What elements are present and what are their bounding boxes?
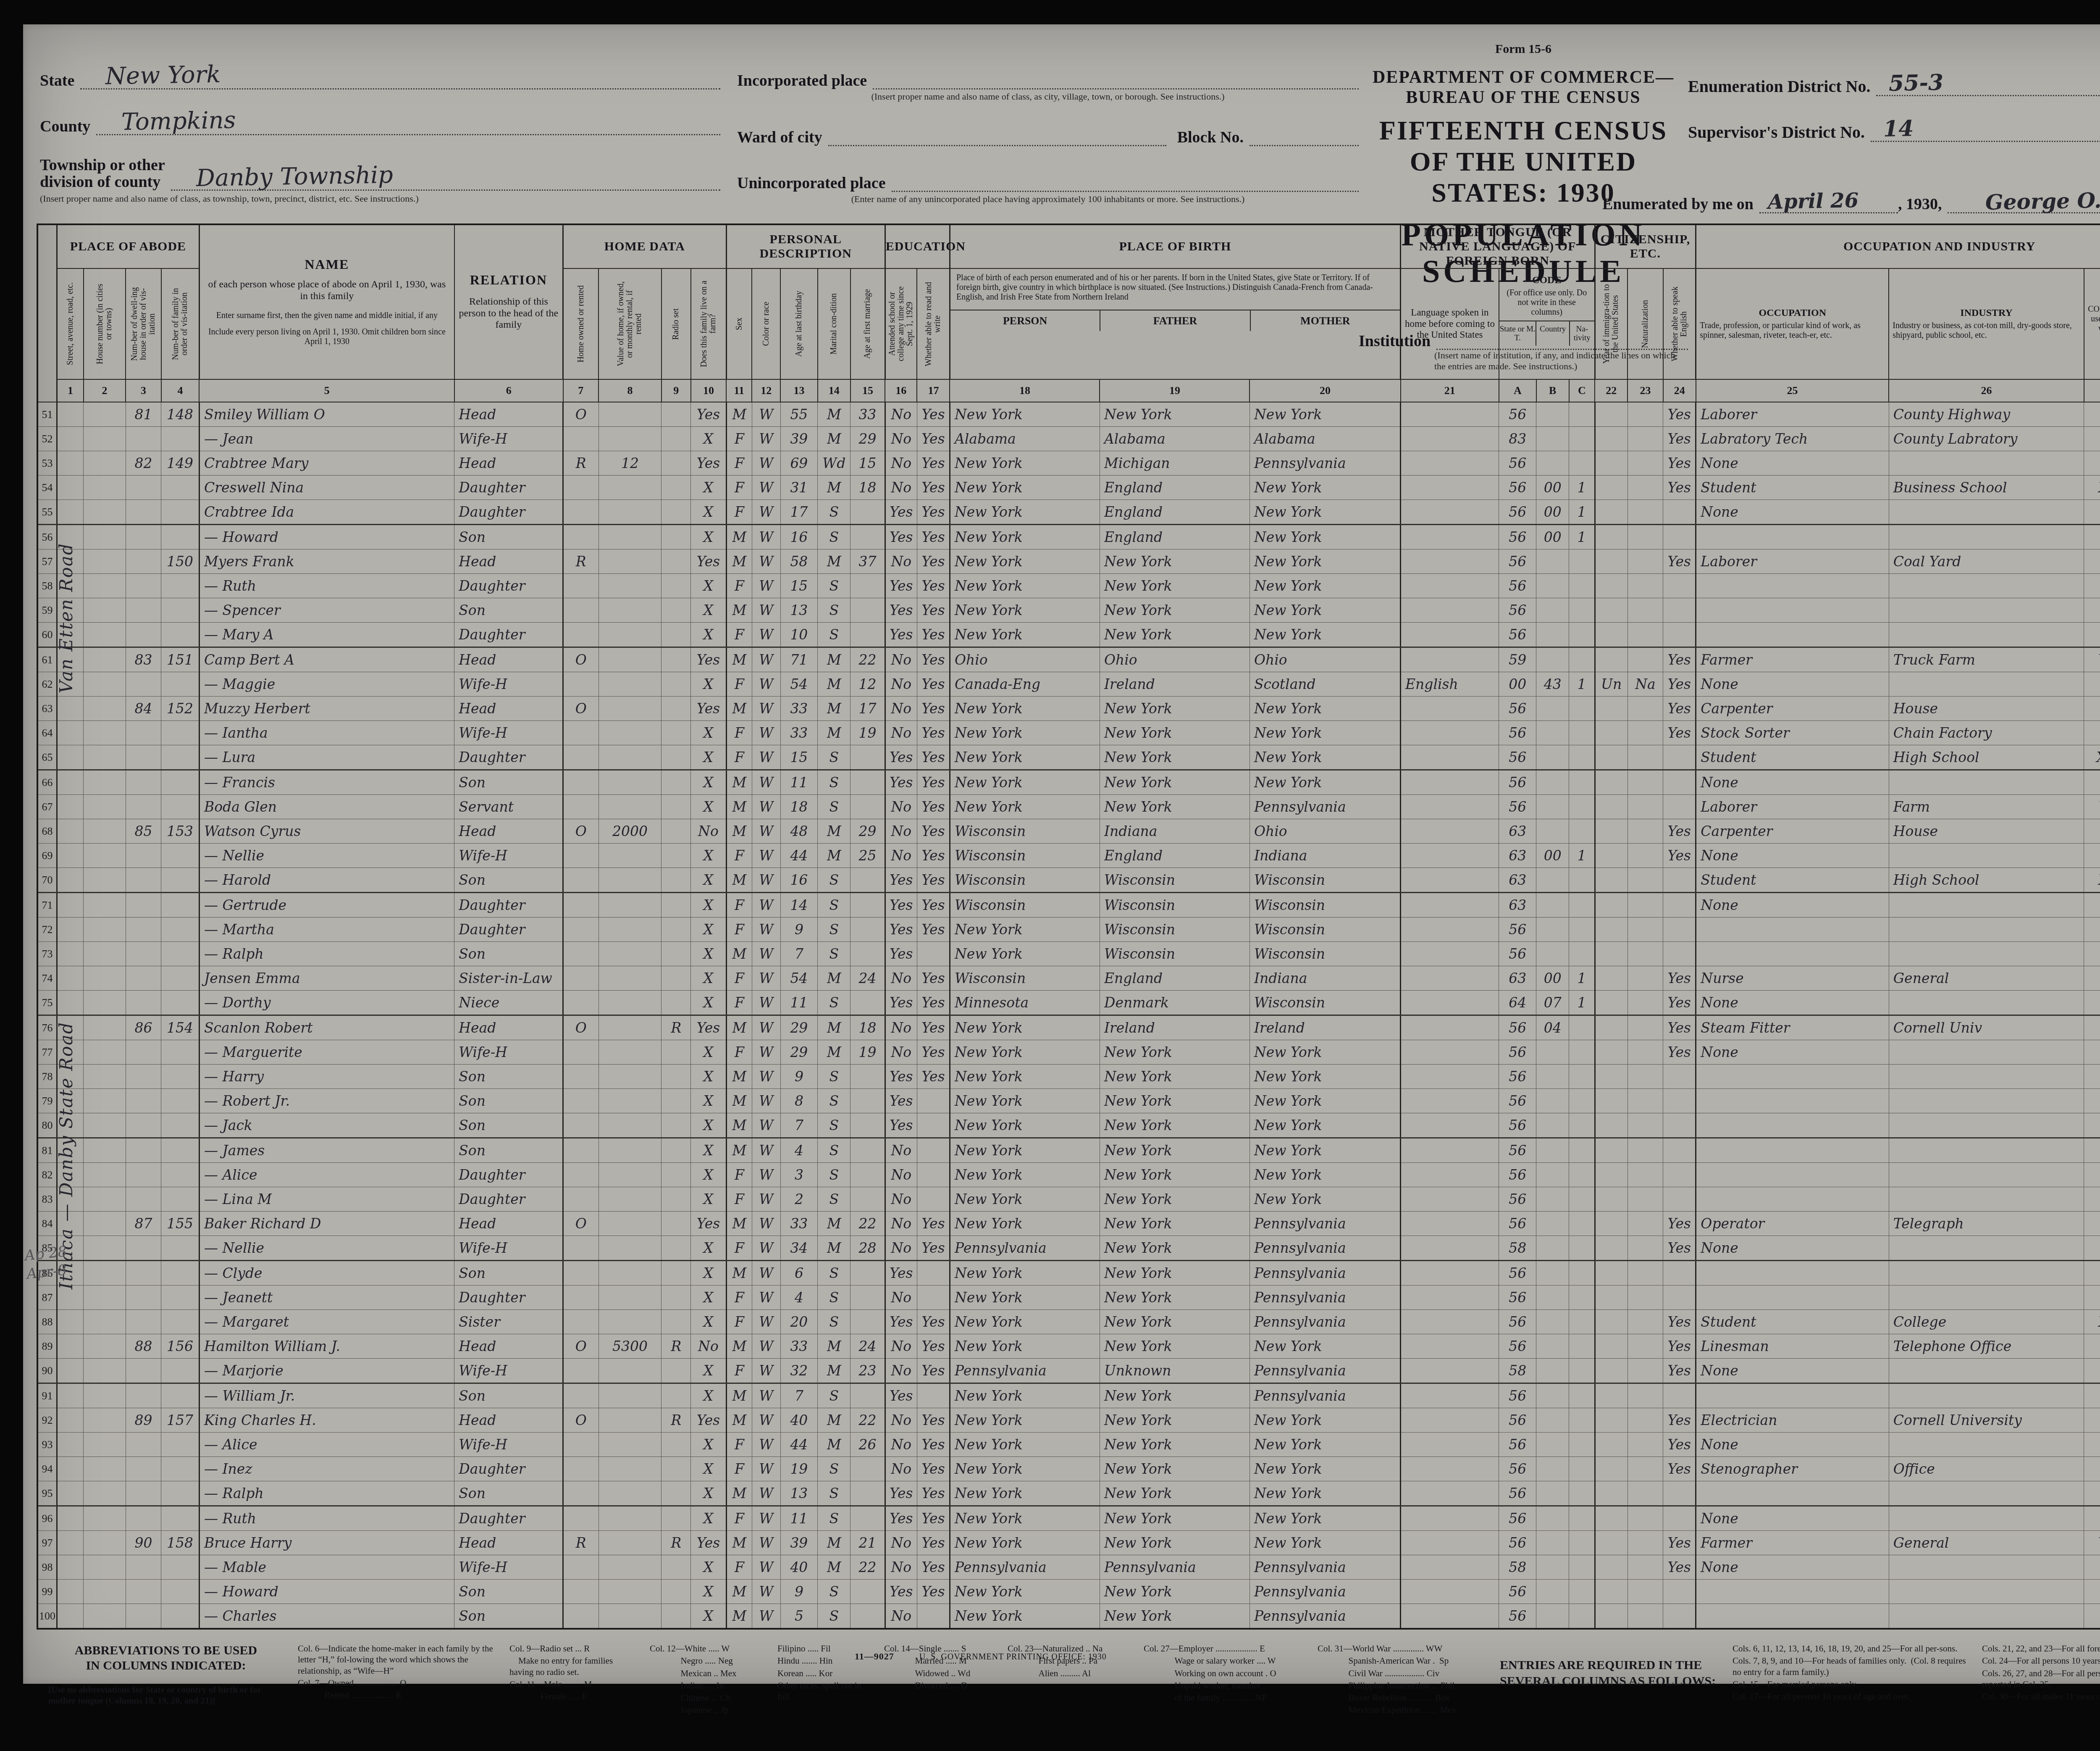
cell-mar: M: [818, 402, 850, 427]
cell-bpf: New York: [1100, 745, 1249, 770]
cell-ca: 56: [1499, 721, 1536, 745]
cell-ln-left: 89: [37, 1334, 57, 1359]
cell-own: O: [563, 647, 598, 672]
cell-bpf: Michigan: [1100, 451, 1249, 476]
cell-cc: [1569, 918, 1595, 942]
cell-bpm: New York: [1249, 1457, 1400, 1481]
cell-own: O: [563, 1334, 598, 1359]
cell-name: Myers Frank: [199, 549, 454, 574]
cell-sex: M: [726, 1138, 752, 1163]
cell-farm: X: [691, 1506, 727, 1531]
cell-bpf: New York: [1100, 1163, 1249, 1187]
cell-radio: R: [661, 1334, 691, 1359]
cell-farm: X: [691, 868, 727, 893]
cell-bpm: Wisconsin: [1249, 991, 1400, 1015]
cell-fam: [161, 966, 199, 991]
cell-fam: [161, 1433, 199, 1457]
footer-line: Col. 31—World War .............. WW: [1318, 1643, 1486, 1654]
cell-house: [84, 1138, 126, 1163]
cell-bpp: New York: [950, 1604, 1100, 1629]
cell-code: [2084, 1433, 2100, 1457]
cell-ind: [1889, 1236, 2084, 1261]
cell-ind: [1889, 1433, 2084, 1457]
cell-rel: Wife-H: [454, 1433, 563, 1457]
cell-sch: No: [885, 844, 917, 868]
cell-mar: S: [818, 1604, 850, 1629]
cell-nat: [1627, 1408, 1663, 1433]
cell-color: W: [752, 427, 780, 451]
cell-code: [2084, 1187, 2100, 1212]
cell-sex: M: [726, 1604, 752, 1629]
cell-sex: F: [726, 1187, 752, 1212]
cell-eng: Yes: [1663, 1310, 1696, 1334]
cell-lang: [1401, 1506, 1499, 1531]
cell-name: — Margaret: [199, 1310, 454, 1334]
cell-ca: 58: [1499, 1555, 1536, 1580]
cell-dwell: [126, 1261, 161, 1286]
cell-cc: 1: [1569, 966, 1595, 991]
column-number: 1: [57, 379, 83, 402]
cell-sex: M: [726, 1481, 752, 1506]
cell-mar: M: [818, 476, 850, 500]
col-place-of-birth: Place of birth of each person enumerated…: [950, 268, 1400, 379]
cell-mar: M: [818, 1015, 850, 1040]
cell-val: [598, 427, 661, 451]
cell-dwell: [126, 1506, 161, 1531]
cell-val: [598, 1555, 661, 1580]
cell-cb: [1536, 1408, 1569, 1433]
cell-ind: [1889, 1481, 2084, 1506]
cell-bpf: New York: [1100, 1187, 1249, 1212]
footer-line: of the family .............. NP: [1144, 1692, 1303, 1703]
cell-mar: S: [818, 991, 850, 1015]
cell-dwell: 90: [126, 1531, 161, 1555]
table-row: 55Crabtree IdaDaughterXFW17SYesYesNew Yo…: [37, 500, 2100, 525]
cell-ca: 56: [1499, 1163, 1536, 1187]
cell-street: [57, 402, 83, 427]
footer-line: Col. 9—Radio set ... R: [509, 1643, 635, 1654]
cell-name: — Clyde: [199, 1261, 454, 1286]
cell-mar: M: [818, 672, 850, 697]
cell-ln-left: 87: [37, 1286, 57, 1310]
table-row: 57150Myers FrankHeadRYesMW58M37NoYesNew …: [37, 549, 2100, 574]
table-row: 52— JeanWife-HXFW39M29NoYesAlabamaAlabam…: [37, 427, 2100, 451]
cell-ln-left: 78: [37, 1065, 57, 1089]
cell-eng: [1663, 795, 1696, 819]
table-row: 6384152Muzzy HerbertHeadOYesMW33M17NoYes…: [37, 697, 2100, 721]
cell-ca: 56: [1499, 574, 1536, 598]
column-number: 15: [850, 379, 885, 402]
cell-bpp: New York: [950, 1481, 1100, 1506]
cell-imm: [1595, 1604, 1627, 1629]
cell-cc: [1569, 623, 1595, 647]
cell-color: W: [752, 500, 780, 525]
cell-own: [563, 1383, 598, 1408]
cell-cb: [1536, 1457, 1569, 1481]
cell-nat: [1627, 598, 1663, 623]
cell-sex: F: [726, 966, 752, 991]
cell-bpp: New York: [950, 770, 1100, 795]
cell-cc: [1569, 1604, 1595, 1629]
cell-code: [2084, 991, 2100, 1015]
cell-dwell: [126, 1236, 161, 1261]
cell-dwell: [126, 476, 161, 500]
cell-farm: X: [691, 991, 727, 1015]
cell-fam: 158: [161, 1531, 199, 1555]
cell-cc: [1569, 1261, 1595, 1286]
cell-rw: Yes: [917, 1236, 950, 1261]
cell-bpm: New York: [1249, 1408, 1400, 1433]
cell-own: [563, 918, 598, 942]
table-row: 91— William Jr.SonXMW7SYesNew YorkNew Yo…: [37, 1383, 2100, 1408]
cell-own: [563, 844, 598, 868]
cell-eng: Yes: [1663, 844, 1696, 868]
cell-farm: X: [691, 525, 727, 549]
cell-code: 3094: [2084, 1015, 2100, 1040]
cell-imm: [1595, 1286, 1627, 1310]
cell-dwell: [126, 844, 161, 868]
cell-ln-left: 97: [37, 1531, 57, 1555]
table-row: 6885153Watson CyrusHeadO2000NoMW48M29NoY…: [37, 819, 2100, 844]
cell-ln-left: 99: [37, 1580, 57, 1604]
cell-ln-left: 58: [37, 574, 57, 598]
cell-ln-left: 82: [37, 1163, 57, 1187]
cell-imm: [1595, 1457, 1627, 1481]
cell-rel: Head: [454, 549, 563, 574]
cell-rel: Daughter: [454, 1163, 563, 1187]
cell-cb: [1536, 1531, 1569, 1555]
cell-color: W: [752, 697, 780, 721]
cell-house: [84, 1359, 126, 1383]
col-code-nativity: Na-tivity: [1569, 321, 1594, 346]
cell-sex: M: [726, 1531, 752, 1555]
cell-ln-left: 59: [37, 598, 57, 623]
cell-imm: [1595, 623, 1627, 647]
cell-radio: [661, 1040, 691, 1065]
cell-bpm: New York: [1249, 1113, 1400, 1138]
cell-bpp: New York: [950, 795, 1100, 819]
cell-nat: [1627, 451, 1663, 476]
cell-bpp: Wisconsin: [950, 819, 1100, 844]
cell-fam: 153: [161, 819, 199, 844]
cell-cb: [1536, 1089, 1569, 1113]
cell-cc: [1569, 1310, 1595, 1334]
cell-house: [84, 893, 126, 918]
cell-lang: [1401, 868, 1499, 893]
cell-bpf: Wisconsin: [1100, 868, 1249, 893]
cell-agem: [850, 770, 885, 795]
footer-line: Cols. 21, 22, and 23—For all foreign-bor…: [1982, 1643, 2100, 1654]
cell-eng: [1663, 1187, 1696, 1212]
cell-ind: [1889, 1555, 2084, 1580]
printing-office-note: 11—9027U. S. GOVERNMENT PRINTING OFFICE:…: [855, 1651, 1107, 1662]
cell-mar: M: [818, 427, 850, 451]
cell-name: Boda Glen: [199, 795, 454, 819]
cell-ind: High School: [1889, 868, 2084, 893]
cell-sex: F: [726, 1457, 752, 1481]
cell-occ: Student: [1696, 868, 1889, 893]
cell-ca: 56: [1499, 942, 1536, 966]
cell-sch: No: [885, 1138, 917, 1163]
cell-imm: [1595, 991, 1627, 1015]
cell-cc: 1: [1569, 476, 1595, 500]
cell-color: W: [752, 745, 780, 770]
cell-eng: Yes: [1663, 549, 1696, 574]
col-value: Value of home, if owned, or monthly rent…: [598, 268, 661, 379]
cell-fam: 157: [161, 1408, 199, 1433]
cell-name: — Howard: [199, 525, 454, 549]
cell-occ: [1696, 1604, 1889, 1629]
cell-val: [598, 721, 661, 745]
cell-rel: Son: [454, 770, 563, 795]
cell-name: — Mary A: [199, 623, 454, 647]
cell-radio: [661, 1457, 691, 1481]
cell-cc: [1569, 598, 1595, 623]
cell-cc: [1569, 1531, 1595, 1555]
cell-ca: 56: [1499, 1408, 1536, 1433]
cell-color: W: [752, 893, 780, 918]
cell-house: [84, 991, 126, 1015]
cell-farm: X: [691, 623, 727, 647]
cell-bpf: New York: [1100, 549, 1249, 574]
cell-imm: [1595, 1261, 1627, 1286]
cell-agem: [850, 1089, 885, 1113]
cell-age: 54: [780, 672, 818, 697]
cell-sex: M: [726, 1212, 752, 1236]
cell-radio: [661, 893, 691, 918]
cell-occ: [1696, 1286, 1889, 1310]
cell-agem: [850, 1261, 885, 1286]
footer-line: Korean ..... Kor: [777, 1668, 870, 1679]
cell-color: W: [752, 1138, 780, 1163]
cell-eng: Yes: [1663, 1040, 1696, 1065]
cell-lang: [1401, 1555, 1499, 1580]
cell-mar: S: [818, 1310, 850, 1334]
cell-agem: 28: [850, 1236, 885, 1261]
cell-ind: [1889, 893, 2084, 918]
cell-farm: Yes: [691, 1408, 727, 1433]
cell-val: [598, 1015, 661, 1040]
cell-nat: [1627, 1089, 1663, 1113]
cell-ca: 56: [1499, 1187, 1536, 1212]
cell-ca: 56: [1499, 1089, 1536, 1113]
cell-radio: [661, 844, 691, 868]
column-number-row: 123456789101112131415161718192021ABC2223…: [37, 379, 2100, 402]
cell-nat: [1627, 525, 1663, 549]
cell-name: — Ruth: [199, 1506, 454, 1531]
cell-code: [2084, 500, 2100, 525]
cell-sch: No: [885, 697, 917, 721]
cell-rel: Wife-H: [454, 427, 563, 451]
cell-radio: [661, 819, 691, 844]
cell-rel: Wife-H: [454, 1555, 563, 1580]
cell-ind: House: [1889, 697, 2084, 721]
cell-farm: X: [691, 1555, 727, 1580]
cell-bpm: Pennsylvania: [1249, 1310, 1400, 1334]
cell-occ: [1696, 1261, 1889, 1286]
cell-dwell: [126, 721, 161, 745]
cell-bpf: Wisconsin: [1100, 942, 1249, 966]
cell-occ: [1696, 574, 1889, 598]
cell-imm: [1595, 1310, 1627, 1334]
cell-rw: Yes: [917, 819, 950, 844]
cell-code: [2084, 1286, 2100, 1310]
cell-rel: Servant: [454, 795, 563, 819]
cell-sch: Yes: [885, 525, 917, 549]
cell-rel: Son: [454, 868, 563, 893]
cell-color: W: [752, 574, 780, 598]
cell-val: [598, 893, 661, 918]
cell-rw: Yes: [917, 918, 950, 942]
cell-sch: No: [885, 1334, 917, 1359]
cell-cb: [1536, 1310, 1569, 1334]
cell-mar: S: [818, 1457, 850, 1481]
cell-mar: S: [818, 1580, 850, 1604]
cell-nat: [1627, 1138, 1663, 1163]
group-tongue: MOTHER TONGUE (OR NATIVE LANGUAGE) OF FO…: [1401, 224, 1595, 268]
cell-code: V1VV: [2084, 795, 2100, 819]
cell-own: [563, 1187, 598, 1212]
cell-farm: Yes: [691, 647, 727, 672]
cell-sex: F: [726, 1359, 752, 1383]
column-number: 17: [917, 379, 950, 402]
cell-radio: [661, 745, 691, 770]
cell-rel: Daughter: [454, 1286, 563, 1310]
cell-nat: [1627, 1531, 1663, 1555]
cell-house: [84, 1113, 126, 1138]
table-row: 100— CharlesSonXMW5SNoNew YorkNew YorkPe…: [37, 1604, 2100, 1629]
cell-bpp: Alabama: [950, 427, 1100, 451]
footer-line: Cols. 26, 27, and 28—For all persons for…: [1982, 1668, 2100, 1690]
cell-own: [563, 574, 598, 598]
table-row: 86— ClydeSonXMW6SYesNew YorkNew YorkPenn…: [37, 1261, 2100, 1286]
cell-val: [598, 525, 661, 549]
col-farm: Does this family live on a farm?: [691, 268, 727, 379]
cell-radio: [661, 1359, 691, 1383]
county-value: Tompkins: [121, 107, 236, 136]
cell-cb: 00: [1536, 844, 1569, 868]
cell-bpp: Pennsylvania: [950, 1555, 1100, 1580]
cell-eng: Yes: [1663, 697, 1696, 721]
cell-val: [598, 1040, 661, 1065]
cell-imm: [1595, 598, 1627, 623]
cell-own: [563, 1286, 598, 1310]
cell-occ: Labratory Tech: [1696, 427, 1889, 451]
abbrev-block-col31: Col. 31—World War .............. WW Span…: [1318, 1641, 1486, 1717]
cell-rel: Sister-in-Law: [454, 966, 563, 991]
cell-agem: 33: [850, 402, 885, 427]
cell-dwell: [126, 672, 161, 697]
cell-code: [2084, 844, 2100, 868]
cell-fam: [161, 500, 199, 525]
cell-own: O: [563, 1212, 598, 1236]
cell-ca: 56: [1499, 1604, 1536, 1629]
cell-age: 15: [780, 574, 818, 598]
cell-sex: F: [726, 844, 752, 868]
cell-mar: S: [818, 1163, 850, 1187]
cell-ln-left: 74: [37, 966, 57, 991]
cell-ind: General: [1889, 966, 2084, 991]
cell-rel: Wife-H: [454, 721, 563, 745]
column-number: 21: [1401, 379, 1499, 402]
cell-occ: None: [1696, 500, 1889, 525]
footer-line: Alien ......... Al: [1008, 1668, 1129, 1679]
footer-line: Col. 12—White ..... W: [650, 1643, 763, 1654]
cell-ln-left: 100: [37, 1604, 57, 1629]
footer-line: Col. 11—Male ........ M: [509, 1679, 635, 1690]
cell-imm: [1595, 1481, 1627, 1506]
cell-dwell: 85: [126, 819, 161, 844]
cell-farm: X: [691, 1481, 727, 1506]
cell-dwell: [126, 1555, 161, 1580]
table-row: 6183151Camp Bert AHeadOYesMW71M22NoYesOh…: [37, 647, 2100, 672]
cell-house: [84, 598, 126, 623]
cell-code: [2084, 672, 2100, 697]
cell-bpm: New York: [1249, 549, 1400, 574]
column-number: 12: [752, 379, 780, 402]
cell-ca: 56: [1499, 745, 1536, 770]
cell-name: — Ralph: [199, 942, 454, 966]
cell-color: W: [752, 1163, 780, 1187]
census-sheet: State New York County Tompkins Township …: [23, 24, 2100, 1684]
cell-ln-left: 70: [37, 868, 57, 893]
cell-cb: [1536, 1163, 1569, 1187]
cell-ln-left: 76: [37, 1015, 57, 1040]
cell-ind: [1889, 1506, 2084, 1531]
cell-sex: M: [726, 647, 752, 672]
cell-code: 06X1: [2084, 697, 2100, 721]
cell-val: [598, 1065, 661, 1089]
cell-farm: X: [691, 893, 727, 918]
cell-rel: Head: [454, 1531, 563, 1555]
cell-ca: 63: [1499, 868, 1536, 893]
cell-street: [57, 451, 83, 476]
cell-ca: 64: [1499, 991, 1536, 1015]
cell-color: W: [752, 1212, 780, 1236]
cell-mar: M: [818, 647, 850, 672]
cell-agem: [850, 1383, 885, 1408]
cell-cb: [1536, 1555, 1569, 1580]
cell-fam: [161, 1383, 199, 1408]
cell-ca: 56: [1499, 1138, 1536, 1163]
cell-code: VVVV: [2084, 1531, 2100, 1555]
cell-agem: 12: [850, 672, 885, 697]
cell-bpm: Pennsylvania: [1249, 1286, 1400, 1310]
cell-cb: [1536, 1212, 1569, 1236]
cell-own: [563, 1580, 598, 1604]
cell-farm: Yes: [691, 451, 727, 476]
cell-bpf: New York: [1100, 623, 1249, 647]
cell-ca: 56: [1499, 1531, 1536, 1555]
cell-house: [84, 451, 126, 476]
cell-rw: Yes: [917, 844, 950, 868]
cell-ln-left: 95: [37, 1481, 57, 1506]
cell-lang: [1401, 1531, 1499, 1555]
cell-dwell: 83: [126, 647, 161, 672]
cell-ind: Cornell Univ: [1889, 1015, 2084, 1040]
cell-name: — Ruth: [199, 574, 454, 598]
cell-bpp: New York: [950, 500, 1100, 525]
cell-fam: [161, 1187, 199, 1212]
cell-imm: [1595, 893, 1627, 918]
col-color: Color or race: [752, 268, 780, 379]
group-occupation: OCCUPATION AND INDUSTRY: [1696, 224, 2100, 268]
cell-sch: No: [885, 1040, 917, 1065]
table-row: 77— MargueriteWife-HXFW29M19NoYesNew Yor…: [37, 1040, 2100, 1065]
cell-eng: Yes: [1663, 1555, 1696, 1580]
cell-nat: [1627, 991, 1663, 1015]
cell-ln-left: 69: [37, 844, 57, 868]
